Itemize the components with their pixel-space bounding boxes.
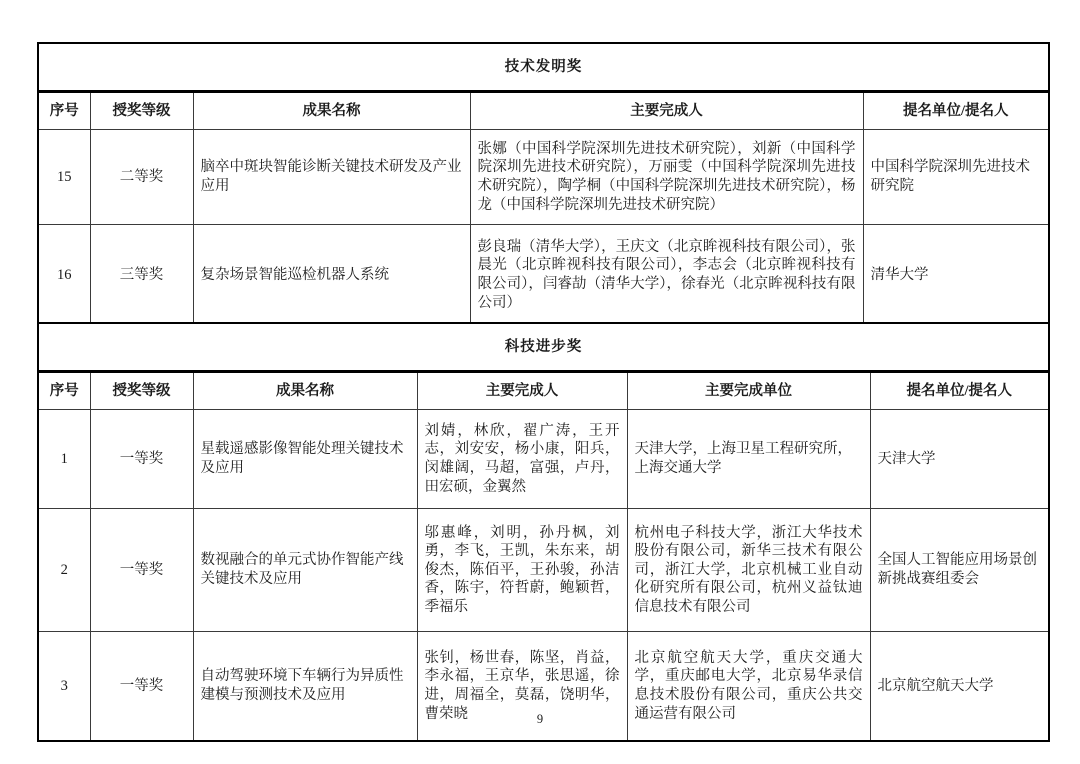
cell-units: 天津大学，上海卫星工程研究所，上海交通大学 bbox=[627, 410, 870, 509]
column-header-contributors: 主要完成人 bbox=[470, 92, 863, 130]
table-header-row: 序号 授奖等级 成果名称 主要完成人 主要完成单位 提名单位/提名人 bbox=[38, 372, 1049, 410]
cell-nominator: 中国科学院深圳先进技术研究院 bbox=[863, 130, 1049, 225]
cell-units: 杭州电子科技大学，浙江大华技术股份有限公司，新华三技术有限公司，浙江大学，北京机… bbox=[627, 509, 870, 632]
cell-contributors: 张娜（中国科学院深圳先进技术研究院），刘新（中国科学院深圳先进技术研究院），万丽… bbox=[470, 130, 863, 225]
column-header-achievement: 成果名称 bbox=[193, 372, 417, 410]
cell-contributors: 刘婧，林欣，翟广涛，王开志，刘安安，杨小康，阳兵，闵雄阔，马超，富强，卢丹，田宏… bbox=[417, 410, 627, 509]
cell-award-level: 二等奖 bbox=[90, 130, 193, 225]
cell-award-level: 一等奖 bbox=[90, 509, 193, 632]
cell-serial: 1 bbox=[38, 410, 90, 509]
table-row: 2 一等奖 数视融合的单元式协作智能产线关键技术及应用 邬惠峰，刘明，孙丹枫，刘… bbox=[38, 509, 1049, 632]
cell-achievement: 星载遥感影像智能处理关键技术及应用 bbox=[193, 410, 417, 509]
cell-serial: 2 bbox=[38, 509, 90, 632]
table-row: 16 三等奖 复杂场景智能巡检机器人系统 彭良瑞（清华大学），王庆文（北京眸视科… bbox=[38, 225, 1049, 327]
column-header-award-level: 授奖等级 bbox=[90, 92, 193, 130]
cell-award-level: 三等奖 bbox=[90, 225, 193, 327]
table-header-row: 序号 授奖等级 成果名称 主要完成人 提名单位/提名人 bbox=[38, 92, 1049, 130]
cell-award-level: 一等奖 bbox=[90, 410, 193, 509]
cell-serial: 15 bbox=[38, 130, 90, 225]
table-title: 科技进步奖 bbox=[38, 323, 1049, 372]
table-title-row: 技术发明奖 bbox=[38, 43, 1049, 92]
column-header-award-level: 授奖等级 bbox=[90, 372, 193, 410]
column-header-serial: 序号 bbox=[38, 92, 90, 130]
cell-nominator: 全国人工智能应用场景创新挑战赛组委会 bbox=[870, 509, 1049, 632]
award-table-invention: 技术发明奖 序号 授奖等级 成果名称 主要完成人 提名单位/提名人 15 二等奖… bbox=[37, 42, 1050, 327]
cell-serial: 16 bbox=[38, 225, 90, 327]
column-header-achievement: 成果名称 bbox=[193, 92, 470, 130]
cell-nominator: 天津大学 bbox=[870, 410, 1049, 509]
cell-achievement: 复杂场景智能巡检机器人系统 bbox=[193, 225, 470, 327]
cell-contributors: 邬惠峰，刘明，孙丹枫，刘勇，李飞，王凯，朱东来，胡俊杰，陈佰平，王孙骏，孙洁香，… bbox=[417, 509, 627, 632]
column-header-nominator: 提名单位/提名人 bbox=[870, 372, 1049, 410]
table-title: 技术发明奖 bbox=[38, 43, 1049, 92]
cell-achievement: 数视融合的单元式协作智能产线关键技术及应用 bbox=[193, 509, 417, 632]
table-row: 1 一等奖 星载遥感影像智能处理关键技术及应用 刘婧，林欣，翟广涛，王开志，刘安… bbox=[38, 410, 1049, 509]
cell-contributors: 彭良瑞（清华大学），王庆文（北京眸视科技有限公司），张晨光（北京眸视科技有限公司… bbox=[470, 225, 863, 327]
document-page: 技术发明奖 序号 授奖等级 成果名称 主要完成人 提名单位/提名人 15 二等奖… bbox=[0, 0, 1080, 764]
column-header-units: 主要完成单位 bbox=[627, 372, 870, 410]
cell-nominator: 清华大学 bbox=[863, 225, 1049, 327]
table-title-row: 科技进步奖 bbox=[38, 323, 1049, 372]
column-header-nominator: 提名单位/提名人 bbox=[863, 92, 1049, 130]
table-row: 15 二等奖 脑卒中斑块智能诊断关键技术研发及产业应用 张娜（中国科学院深圳先进… bbox=[38, 130, 1049, 225]
column-header-serial: 序号 bbox=[38, 372, 90, 410]
page-number: 9 bbox=[0, 712, 1080, 727]
cell-achievement: 脑卒中斑块智能诊断关键技术研发及产业应用 bbox=[193, 130, 470, 225]
column-header-contributors: 主要完成人 bbox=[417, 372, 627, 410]
award-table-progress: 科技进步奖 序号 授奖等级 成果名称 主要完成人 主要完成单位 提名单位/提名人… bbox=[37, 322, 1050, 742]
